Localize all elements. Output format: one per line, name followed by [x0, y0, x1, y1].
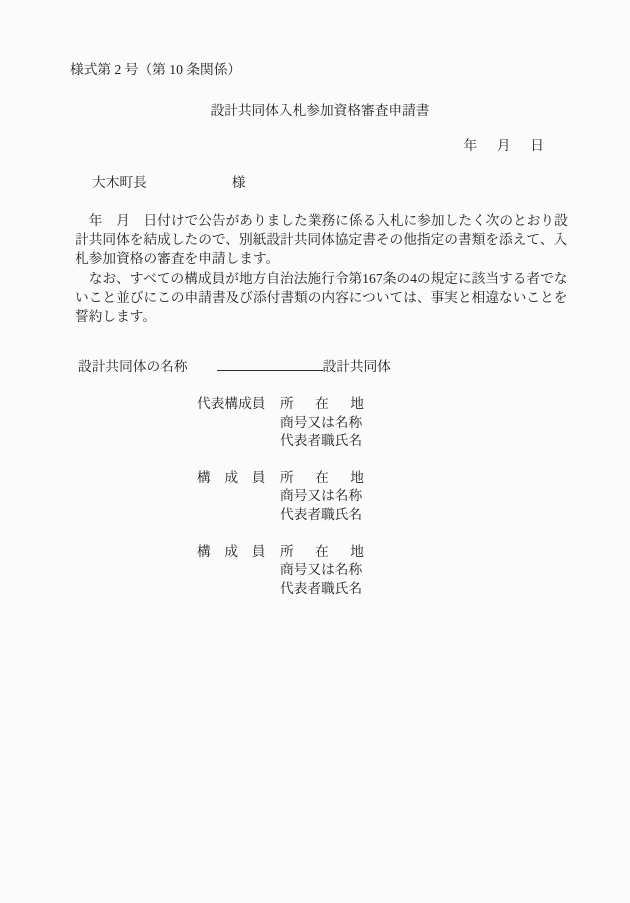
- member-row: 代表構成員 所 在 地: [197, 395, 364, 414]
- member-role-spacer: [197, 432, 280, 451]
- document-title: 設計共同体入札参加資格審査申請書: [70, 99, 570, 119]
- body-line: なお、すべての構成員が地方自治法施行令第167条の4の規定に該当する者でな: [75, 269, 575, 288]
- member-row: 代表者職氏名: [197, 432, 364, 451]
- addressee-name: 大木町長: [92, 175, 147, 190]
- member-row: 代表者職氏名: [197, 580, 364, 599]
- date-line: 年 月 日: [70, 134, 547, 154]
- member-row: 構 成 員 所 在 地: [197, 543, 364, 562]
- document-page: 様式第 2 号（第 10 条関係） 設計共同体入札参加資格審査申請書 年 月 日…: [0, 0, 630, 903]
- member-role-spacer: [197, 561, 280, 580]
- member-role-spacer: [197, 580, 280, 599]
- member-role-label: 構 成 員: [197, 543, 280, 562]
- member-block-member-2: 構 成 員 所 在 地 商号又は名称 代表者職氏名: [197, 543, 364, 599]
- member-field-representative-name: 代表者職氏名: [280, 506, 362, 525]
- body-line: 誓約します。: [75, 307, 575, 326]
- form-number: 様式第 2 号（第 10 条関係）: [70, 58, 241, 78]
- member-block-member-1: 構 成 員 所 在 地 商号又は名称 代表者職氏名: [197, 469, 364, 525]
- member-role-spacer: [197, 487, 280, 506]
- addressee-line: 大木町長様: [92, 171, 245, 191]
- member-field-representative-name: 代表者職氏名: [280, 580, 362, 599]
- joint-venture-name-suffix: 設計共同体: [323, 359, 391, 374]
- body-line: 年 月 日付けで公告がありました業務に係る入札に参加したく次のとおり設: [75, 211, 575, 230]
- body-line: 計共同体を結成したので、別紙設計共同体協定書その他指定の書類を添えて、入: [75, 230, 575, 249]
- member-field-address: 所 在 地: [280, 469, 364, 488]
- member-row: 商号又は名称: [197, 487, 364, 506]
- member-field-representative-name: 代表者職氏名: [280, 432, 362, 451]
- member-field-company-name: 商号又は名称: [280, 487, 362, 506]
- joint-venture-name-line: 設計共同体の名称設計共同体: [78, 355, 391, 375]
- joint-venture-name-label: 設計共同体の名称: [78, 359, 188, 374]
- member-row: 代表者職氏名: [197, 506, 364, 525]
- addressee-honorific: 様: [232, 171, 246, 191]
- body-line: 札参加資格の審査を申請します。: [75, 249, 575, 268]
- member-role-spacer: [197, 506, 280, 525]
- joint-venture-name-blank: [217, 355, 323, 371]
- member-block-representative: 代表構成員 所 在 地 商号又は名称 代表者職氏名: [197, 395, 364, 451]
- member-field-company-name: 商号又は名称: [280, 414, 362, 433]
- member-role-label: 代表構成員: [197, 395, 280, 414]
- member-field-address: 所 在 地: [280, 543, 364, 562]
- member-role-spacer: [197, 414, 280, 433]
- member-row: 商号又は名称: [197, 414, 364, 433]
- body-line: いこと並びにこの申請書及び添付書類の内容については、事実と相違ないことを: [75, 288, 575, 307]
- body-text: 年 月 日付けで公告がありました業務に係る入札に参加したく次のとおり設 計共同体…: [75, 211, 575, 326]
- member-row: 商号又は名称: [197, 561, 364, 580]
- member-field-company-name: 商号又は名称: [280, 561, 362, 580]
- member-field-address: 所 在 地: [280, 395, 364, 414]
- member-blocks: 代表構成員 所 在 地 商号又は名称 代表者職氏名 構 成 員 所 在 地 商号…: [197, 395, 364, 616]
- member-role-label: 構 成 員: [197, 469, 280, 488]
- member-row: 構 成 員 所 在 地: [197, 469, 364, 488]
